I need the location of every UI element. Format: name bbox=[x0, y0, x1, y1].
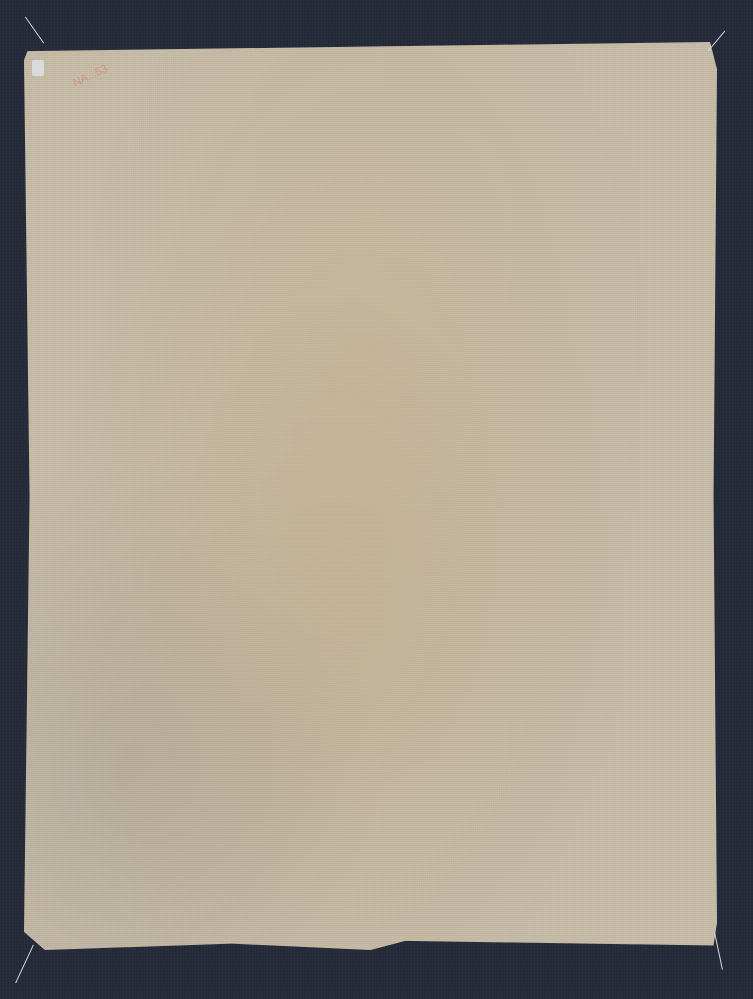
pin-top-right bbox=[708, 31, 725, 52]
pin-top-left bbox=[25, 17, 44, 44]
pin-bottom-right bbox=[714, 932, 723, 969]
pin-bottom-left bbox=[15, 945, 34, 983]
paper-label bbox=[32, 60, 44, 76]
linen-canvas bbox=[24, 42, 717, 950]
